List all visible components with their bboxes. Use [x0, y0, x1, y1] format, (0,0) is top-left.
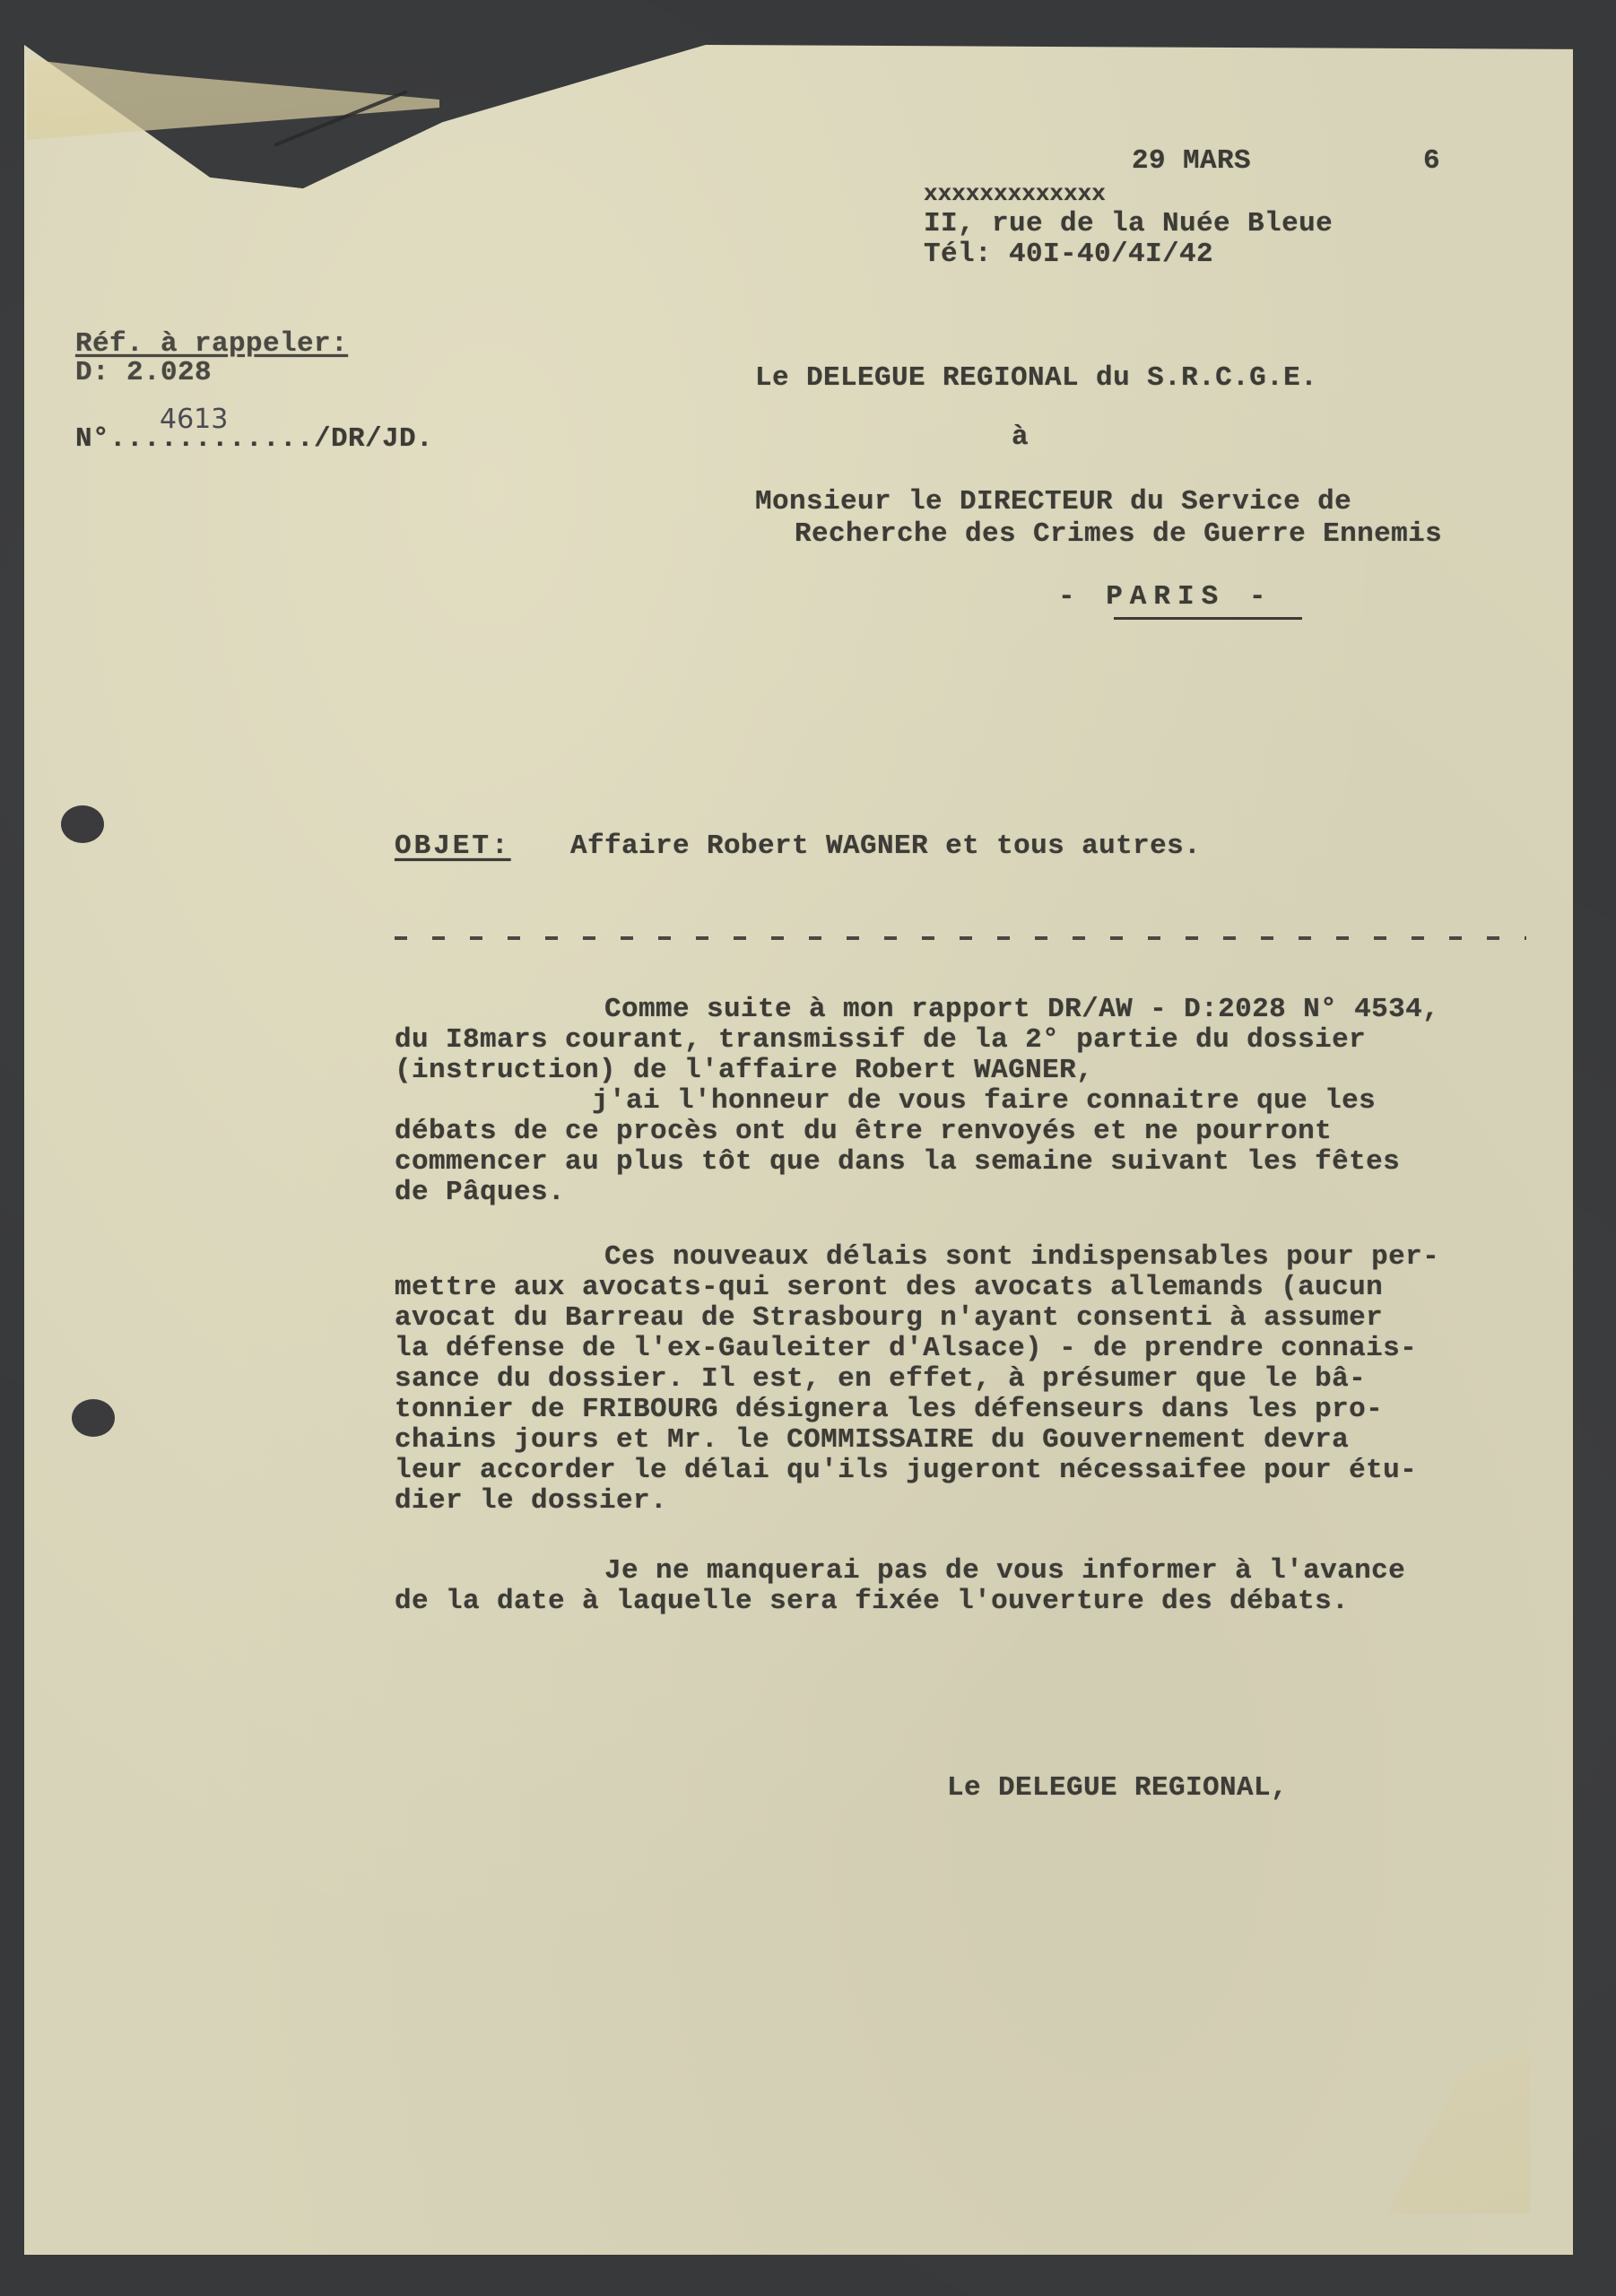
dashed-divider	[395, 936, 1526, 940]
recipient-line: Recherche des Crimes de Guerre Ennemis	[795, 518, 1442, 551]
recipient-line: Monsieur le DIRECTEUR du Service de	[755, 486, 1351, 518]
sender-phone: Tél: 40I-40/4I/42	[924, 239, 1213, 271]
body-line: j'ai l'honneur de vous faire connaitre q…	[592, 1085, 1376, 1118]
body-line: sance du dossier. Il est, en effet, à pr…	[395, 1363, 1366, 1396]
body-line: la défense de l'ex-Gauleiter d'Alsace) -…	[395, 1333, 1417, 1365]
letter-date: 29 MARS	[1132, 145, 1251, 178]
addressed-to: à	[1012, 422, 1029, 454]
body-line: commencer au plus tôt que dans la semain…	[395, 1146, 1400, 1178]
body-line: (instruction) de l'affaire Robert WAGNER…	[395, 1055, 1093, 1087]
body-line: leur accorder le délai qu'ils jugeront n…	[395, 1455, 1417, 1487]
body-line: dier le dossier.	[395, 1485, 667, 1518]
subject-label: OBJET:	[395, 831, 511, 863]
body-line: tonnier de FRIBOURG désignera les défens…	[395, 1394, 1383, 1426]
body-line: de Pâques.	[395, 1177, 565, 1209]
folded-corner	[1386, 1944, 1530, 2213]
reference-number: N°............/DR/JD.	[75, 423, 433, 456]
body-line: chains jours et Mr. le COMMISSAIRE du Go…	[395, 1424, 1349, 1457]
signature-closing: Le DELEGUE REGIONAL,	[947, 1772, 1288, 1805]
punch-hole-icon	[72, 1399, 115, 1437]
subject-text: Affaire Robert WAGNER et tous autres.	[570, 831, 1201, 863]
body-line: mettre aux avocats-qui seront des avocat…	[395, 1272, 1383, 1304]
sender-address: II, rue de la Nuée Bleue	[924, 208, 1333, 240]
body-line: avocat du Barreau de Strasbourg n'ayant …	[395, 1302, 1383, 1335]
recipient-city: - PARIS -	[1058, 581, 1273, 613]
sender-title: Le DELEGUE REGIONAL du S.R.C.G.E.	[755, 362, 1317, 395]
reference-label: Réf. à rappeler:	[75, 328, 348, 361]
body-line: débats de ce procès ont du être renvoyés…	[395, 1116, 1332, 1148]
handwritten-number: 4613	[160, 404, 228, 435]
body-line: de la date à laquelle sera fixée l'ouver…	[395, 1586, 1349, 1618]
body-line: du I8mars courant, transmissif de la 2° …	[395, 1024, 1366, 1057]
struck-out-text: xxxxxxxxxxxxx	[924, 178, 1106, 210]
body-line: Je ne manquerai pas de vous informer à l…	[604, 1555, 1405, 1587]
page-number: 6	[1423, 145, 1440, 178]
reference-code: D: 2.028	[75, 357, 212, 389]
punch-hole-icon	[61, 805, 104, 843]
body-line: Comme suite à mon rapport DR/AW - D:2028…	[604, 994, 1439, 1026]
body-line: Ces nouveaux délais sont indispensables …	[604, 1241, 1439, 1274]
city-underline	[1114, 617, 1302, 620]
